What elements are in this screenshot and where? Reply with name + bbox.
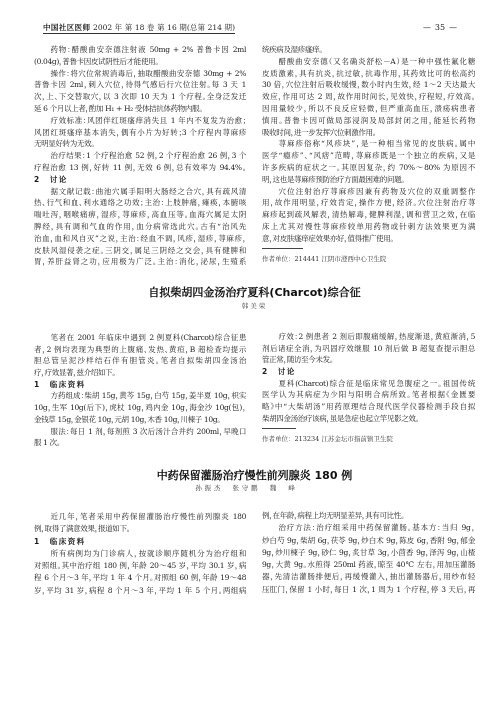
text-line: 管正常，随访至今未发。	[262, 354, 475, 366]
section-heading: 2 讨论	[262, 366, 475, 378]
text-line: 10g，生军 10g(后下)，虎杖 10g，鸡内金 10g，海金沙 10g(包)…	[34, 402, 246, 414]
footnote-divider	[262, 428, 296, 429]
text-line: 风团红斑瘙痒基本消失，偶有小片为好转；3 个疗程内荨麻疹	[34, 127, 246, 139]
text-line: 普鲁卡因 2ml，刺入穴位，待得气感后行穴位注射。每 3 天 1	[34, 79, 246, 91]
text-line: 炒白芍 9g，柴胡 6g，茯苓 9g，炒白术 9g，陈皮 6g，香附 9g，郁金	[262, 535, 475, 547]
text-line: 麻疹起到疏风解表，清热解毒，健脾利湿，调和营卫之效，在临	[262, 209, 475, 221]
text-line: 岁，平均 31 岁，病程 8 个月～3 年，平均 1 年 5 个月。两组病	[34, 585, 246, 597]
article-2-right-column: 疗效：2 例患者 2 剂后即腹痛缓解，热度渐退，黄疸渐消，5 剂后诸症全消，为巩…	[262, 331, 475, 425]
text-line: 程 6 个月～3 年，平均 1 年 4 个月。对照组 60 例，年龄 19～48	[34, 572, 246, 584]
journal-name: 中国社区医师	[43, 23, 91, 32]
journal-page: 中国社区医师 2002 年 第 18 卷 第 16 期(总第 214 期) — …	[0, 0, 500, 707]
text-line: 柴胡四金汤治疗该病，虽是急症也起立竿见影之效。	[262, 413, 475, 425]
text-line: 效应，作用可达 2 周，故作用时间长，见效快，疗程短，疗效高。	[262, 91, 475, 103]
article-1-left-column: 药物：醋酸曲安奈德注射液 50mg + 2% 普鲁卡因 2ml (0.04g)，…	[34, 44, 246, 268]
text-line: 疗程治愈 13 例，好转 11 例，无效 6 例，总有效率为 94.4%。	[34, 162, 246, 174]
text-line: 延 6 个月以上者，酌加 H₁ + H₂ 受体拮抗体药物内服。	[34, 103, 246, 115]
page-number: — 35 —	[423, 23, 457, 33]
article-authors: 韩美荣	[34, 302, 475, 311]
text-line: 统疾病及湿疹瘙痒。	[262, 44, 475, 56]
text-line: 笔者在 2001 年临床中遇到 2 例夏科(Charcot)综合征患	[34, 332, 246, 344]
text-line: 吸收时间，进一步发挥穴位刺激作用。	[262, 127, 475, 139]
text-line: 医学“瘾疹”、“风痞”范畴，荨麻疹既是一个独立的疾病，又是	[262, 150, 475, 162]
text-line: 脾经，具有调和气血的作用，血分病常选此穴。古有“治风先	[34, 221, 246, 233]
text-line: 30 倍，穴位注射后吸收缓慢，数小时内生效，经 1～2 天达最大	[262, 79, 475, 91]
article-authors: 孙振杰 张守鹏 魏 峰	[26, 484, 467, 493]
text-line: 对照组。其中治疗组 180 例，年龄 20～45 岁，平均 30.1 岁，病	[34, 560, 246, 572]
text-line: 次，上、下交替取穴，以 3 次即 10 天为 1 个疗程。全身泛发迁	[34, 91, 246, 103]
text-line: 治疗结果：1 个疗程治愈 52 例，2 个疗程治愈 26 例，3 个	[34, 150, 246, 162]
article-3-left-column: 近几年，笔者采用中药保留灌肠治疗慢性前列腺炎 180 例，取得了满意效果，报道如…	[34, 511, 246, 597]
footnote-divider	[262, 248, 303, 249]
section-heading: 2 讨论	[34, 174, 246, 186]
text-line: 荨麻疹俗称“风疹块”，是一种相当常见的皮肤病。属中	[262, 138, 475, 150]
text-line: 略》中“大柴胡汤”用药原理结合现代医学仪器检测手段自拟	[262, 401, 475, 413]
text-line: 疗效标准：风团伴红斑瘙痒消失且 1 年内不复发为治愈；	[34, 115, 246, 127]
article-1-right-column: 统疾病及湿疹瘙痒。 醋酸曲安奈德（又名确炎舒松－A）是一种中强性氟化糖 皮质激素…	[262, 44, 475, 245]
text-line: 药物：醋酸曲安奈德注射液 50mg + 2% 普鲁卡因 2ml	[34, 44, 246, 56]
issue-info: 2002 年 第 18 卷 第 16 期(总第 214 期)	[93, 23, 235, 32]
text-line: 热、行气和血、利水通络之功效；主治：上肢肿痛，瘫痪，本腑咳	[34, 197, 246, 209]
text-line: 明，这也是荨麻疹预防治疗方面最困难的问题。	[262, 174, 475, 186]
text-line: 据文献记载：曲池穴属手阳明大肠经之合穴，具有疏风清	[34, 186, 246, 198]
text-line: 医学认为其病症为少阳与阳明合病所致。笔者根据《金匮要	[262, 389, 475, 401]
running-header: 中国社区医师 2002 年 第 18 卷 第 16 期(总第 214 期)	[43, 23, 235, 34]
text-line: 穴位注射治疗荨麻疹因兼有药物及穴位的双重调整作	[262, 186, 475, 198]
text-line: 疗，疗效显著，兹介绍如下。	[34, 367, 246, 379]
text-line: 夏科(Charcot)综合征是临床常见急腹症之一。祖国传统	[262, 378, 475, 390]
text-line: 操作：将穴位常规消毒后，抽取醋酸曲安奈德 30mg + 2%	[34, 68, 246, 80]
section-heading: 1 临床资料	[34, 536, 246, 548]
text-line: 治疗方法：治疗组采用中药保留灌肠。基本方：当归 9g，	[262, 522, 475, 534]
text-line: 例，取得了满意效果，报道如下。	[34, 523, 246, 535]
text-line: 方药组成：柴胡 15g，黄芩 15g，白芍 15g，姜半夏 10g，枳实	[34, 390, 246, 402]
text-line: 9g，炒川楝子 9g，砂仁 9g，炙甘草 3g，小茴香 9g，泽泻 9g，山楂	[262, 547, 475, 559]
text-line: 意，对皮肤瘙痒症效果亦好，值得推广使用。	[262, 233, 475, 245]
text-line: 因用量较少，所以不良反应轻微，但严重高血压，溃疡病患者	[262, 103, 475, 115]
text-line: 剂后诸症全消，为巩固疗效继服 10 剂后做 B 超复查提示胆总	[262, 343, 475, 355]
text-line: 无明显好转为无效。	[34, 138, 246, 150]
article-2-left-column: 笔者在 2001 年临床中遇到 2 例夏科(Charcot)综合征患 者，2 例…	[34, 332, 246, 449]
section-heading: 1 临床资料	[34, 379, 246, 391]
text-line: 压肛门，保留 1 小时，每日 1 次，1 周为 1 个疗程，停 3 天后，再	[262, 584, 475, 596]
text-line: 许多疾病的症状之一。其原因复杂，约 70%～80% 为原因不	[262, 162, 475, 174]
text-line: 慎用。普鲁卡因可做局部浸润及局部封闭之用，能延长药物	[262, 115, 475, 127]
article-3-right-column: 例，在年龄，病程上均无明显差异，具有可比性。 治疗方法：治疗组采用中药保留灌肠。…	[262, 510, 475, 596]
text-line: 疗效：2 例患者 2 剂后即腹痛缓解，热度渐退，黄疸渐消，5	[262, 331, 475, 343]
text-line: 器，先清洁灌肠排便后，再缓慢灌入，抽出灌肠器后，用纱布轻	[262, 571, 475, 583]
author-affiliation: 作者单位：214441 江阴市澄西中心卫生院	[262, 254, 386, 264]
text-line: 服 1 次。	[34, 437, 246, 449]
text-line: 喘吐泻，咽喉痛痹，湿疹，荨麻疹，高血压等。血海穴属足太阴	[34, 209, 246, 221]
text-line: 用，故作用明显，疗效肯定，操作方便，经济。穴位注射治疗荨	[262, 197, 475, 209]
article-title: 自拟柴胡四金汤治疗夏科(Charcot)综合征	[34, 286, 475, 299]
text-line: 胃，养肝益肾之功，应用极为广泛。主治：消化，泌尿，生殖系	[34, 256, 246, 268]
text-line: 近几年，笔者采用中药保留灌肠治疗慢性前列腺炎 180	[34, 511, 246, 523]
author-affiliation: 作者单位：213234 江苏金坛市指前镇卫生院	[262, 434, 393, 444]
text-line: 治血，血和风自灭”之说，主治：经血不调，风疹，湿疹，荨麻疹，	[34, 233, 246, 245]
text-line: 9g，大黄 9g。水煎得 250ml 药液，晾至 40℃ 左右，用加压灌肠	[262, 559, 475, 571]
text-line: 醋酸曲安奈德（又名确炎舒松－A）是一种中强性氟化糖	[262, 56, 475, 68]
text-line: 皮肤风湿侵袭之症。三阴交，属足三阴经之交会，具有健脾和	[34, 245, 246, 257]
text-line: 者，2 例均表现为典型的上腹痛、发热、黄疸，B 超检查均提示	[34, 344, 246, 356]
text-line: 胆总管呈泥沙样结石伴有胆管炎。笔者自拟柴胡四金汤治	[34, 355, 246, 367]
text-line: 例，在年龄，病程上均无明显差异，具有可比性。	[262, 510, 475, 522]
text-line: (0.04g)，普鲁卡因皮试阴性后才能使用。	[34, 56, 246, 68]
article-title: 中药保留灌肠治疗慢性前列腺炎 180 例	[34, 469, 475, 482]
text-line: 床上尤其对慢性荨麻疹较单用药物或针刺方法效果更为满	[262, 221, 475, 233]
text-line: 皮质激素，具有抗炎，抗过敏，抗毒作用，其药效比可的松高约	[262, 68, 475, 80]
text-line: 服法：每日 1 剂，每剂煎 3 次后汤汁合并约 200ml，早晚口	[34, 426, 246, 438]
text-line: 所有病例均为门诊病人，按就诊顺序随机分为治疗组和	[34, 548, 246, 560]
text-line: 金钱草 15g，金银花 10g，元胡 10g，木香 10g，川楝子 10g。	[34, 414, 246, 426]
